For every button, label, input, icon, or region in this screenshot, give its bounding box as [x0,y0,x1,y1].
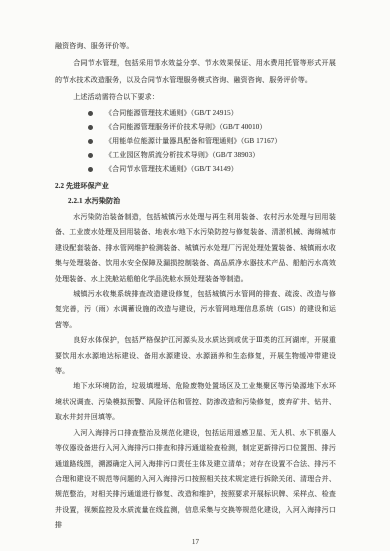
requirements-lead: 上述活动需符合以下要求： [55,89,336,106]
standard-text: 《工业园区物质流分析技术导则》（GB/T 38903） [105,150,259,160]
standard-item: 《工业园区物质流分析技术导则》（GB/T 38903） [88,148,336,162]
standard-item: 《用能单位能源计量器具配备和管理通则》（GB 17167） [88,134,336,148]
page-number: 17 [55,536,336,548]
standard-item: 《合同能源管理服务评价技术导则》（GB/T 40010） [88,120,336,134]
paragraph-sewage-collection-system: 城镇污水收集系统排查改造建设修复，包括城镇污水管网的排查、疏浚、改造与修复完善，… [55,287,336,333]
section-body: 水污染防治装备制造，包括城镇污水处理与再生利用装备、农村污水处理与回用装备、工业… [55,210,336,534]
paragraph-continuation: 融资咨询、服务评价等。 [55,38,336,55]
bullet-icon [88,153,93,158]
paragraph-contract-water-saving: 合同节水管理，包括采用节水效益分享、节水效果保证、用水费用托管等形式开展的节水技… [55,55,336,89]
standard-text: 《合同能源管理技术通则》（GB/T 24915） [105,108,238,118]
standard-text: 《合同能源管理服务评价技术导则》（GB/T 40010） [105,122,267,132]
document-page: 融资咨询、服务评价等。 合同节水管理，包括采用节水效益分享、节水效果保证、用水费… [0,0,390,551]
standard-text: 《合同节水管理技术通则》（GB/T 34149） [105,164,238,174]
section-heading: 2.2 先进环保产业 [55,179,336,193]
bullet-icon [88,167,93,172]
subsection-heading: 2.2.1 水污染防治 [68,194,336,208]
paragraph-water-pollution-equipment: 水污染防治装备制造，包括城镇污水处理与再生利用装备、农村污水处理与回用装备、工业… [55,210,336,287]
standards-list: 《合同能源管理技术通则》（GB/T 24915） 《合同能源管理服务评价技术导则… [55,106,336,176]
bullet-icon [88,111,93,116]
bullet-icon [88,139,93,144]
paragraph-groundwater: 地下水环境防治，垃圾填埋场、危险废物处置场区及工业集聚区等污染源地下水环境状况调… [55,379,336,425]
standard-item: 《合同节水管理技术通则》（GB/T 34149） [88,162,336,176]
standard-item: 《合同能源管理技术通则》（GB/T 24915） [88,106,336,120]
paragraph-good-water-protection: 良好水体保护，包括严格保护江河源头及水质达到或优于Ⅲ类的江河湖库，开展重要饮用水… [55,333,336,379]
bullet-icon [88,125,93,130]
standard-text: 《用能单位能源计量器具配备和管理通则》（GB 17167） [105,136,282,146]
paragraph-outfall-regulation: 入河入海排污口排查整治及规范化建设，包括运用遥感卫星、无人机、水下机器人等仪器设… [55,426,336,534]
